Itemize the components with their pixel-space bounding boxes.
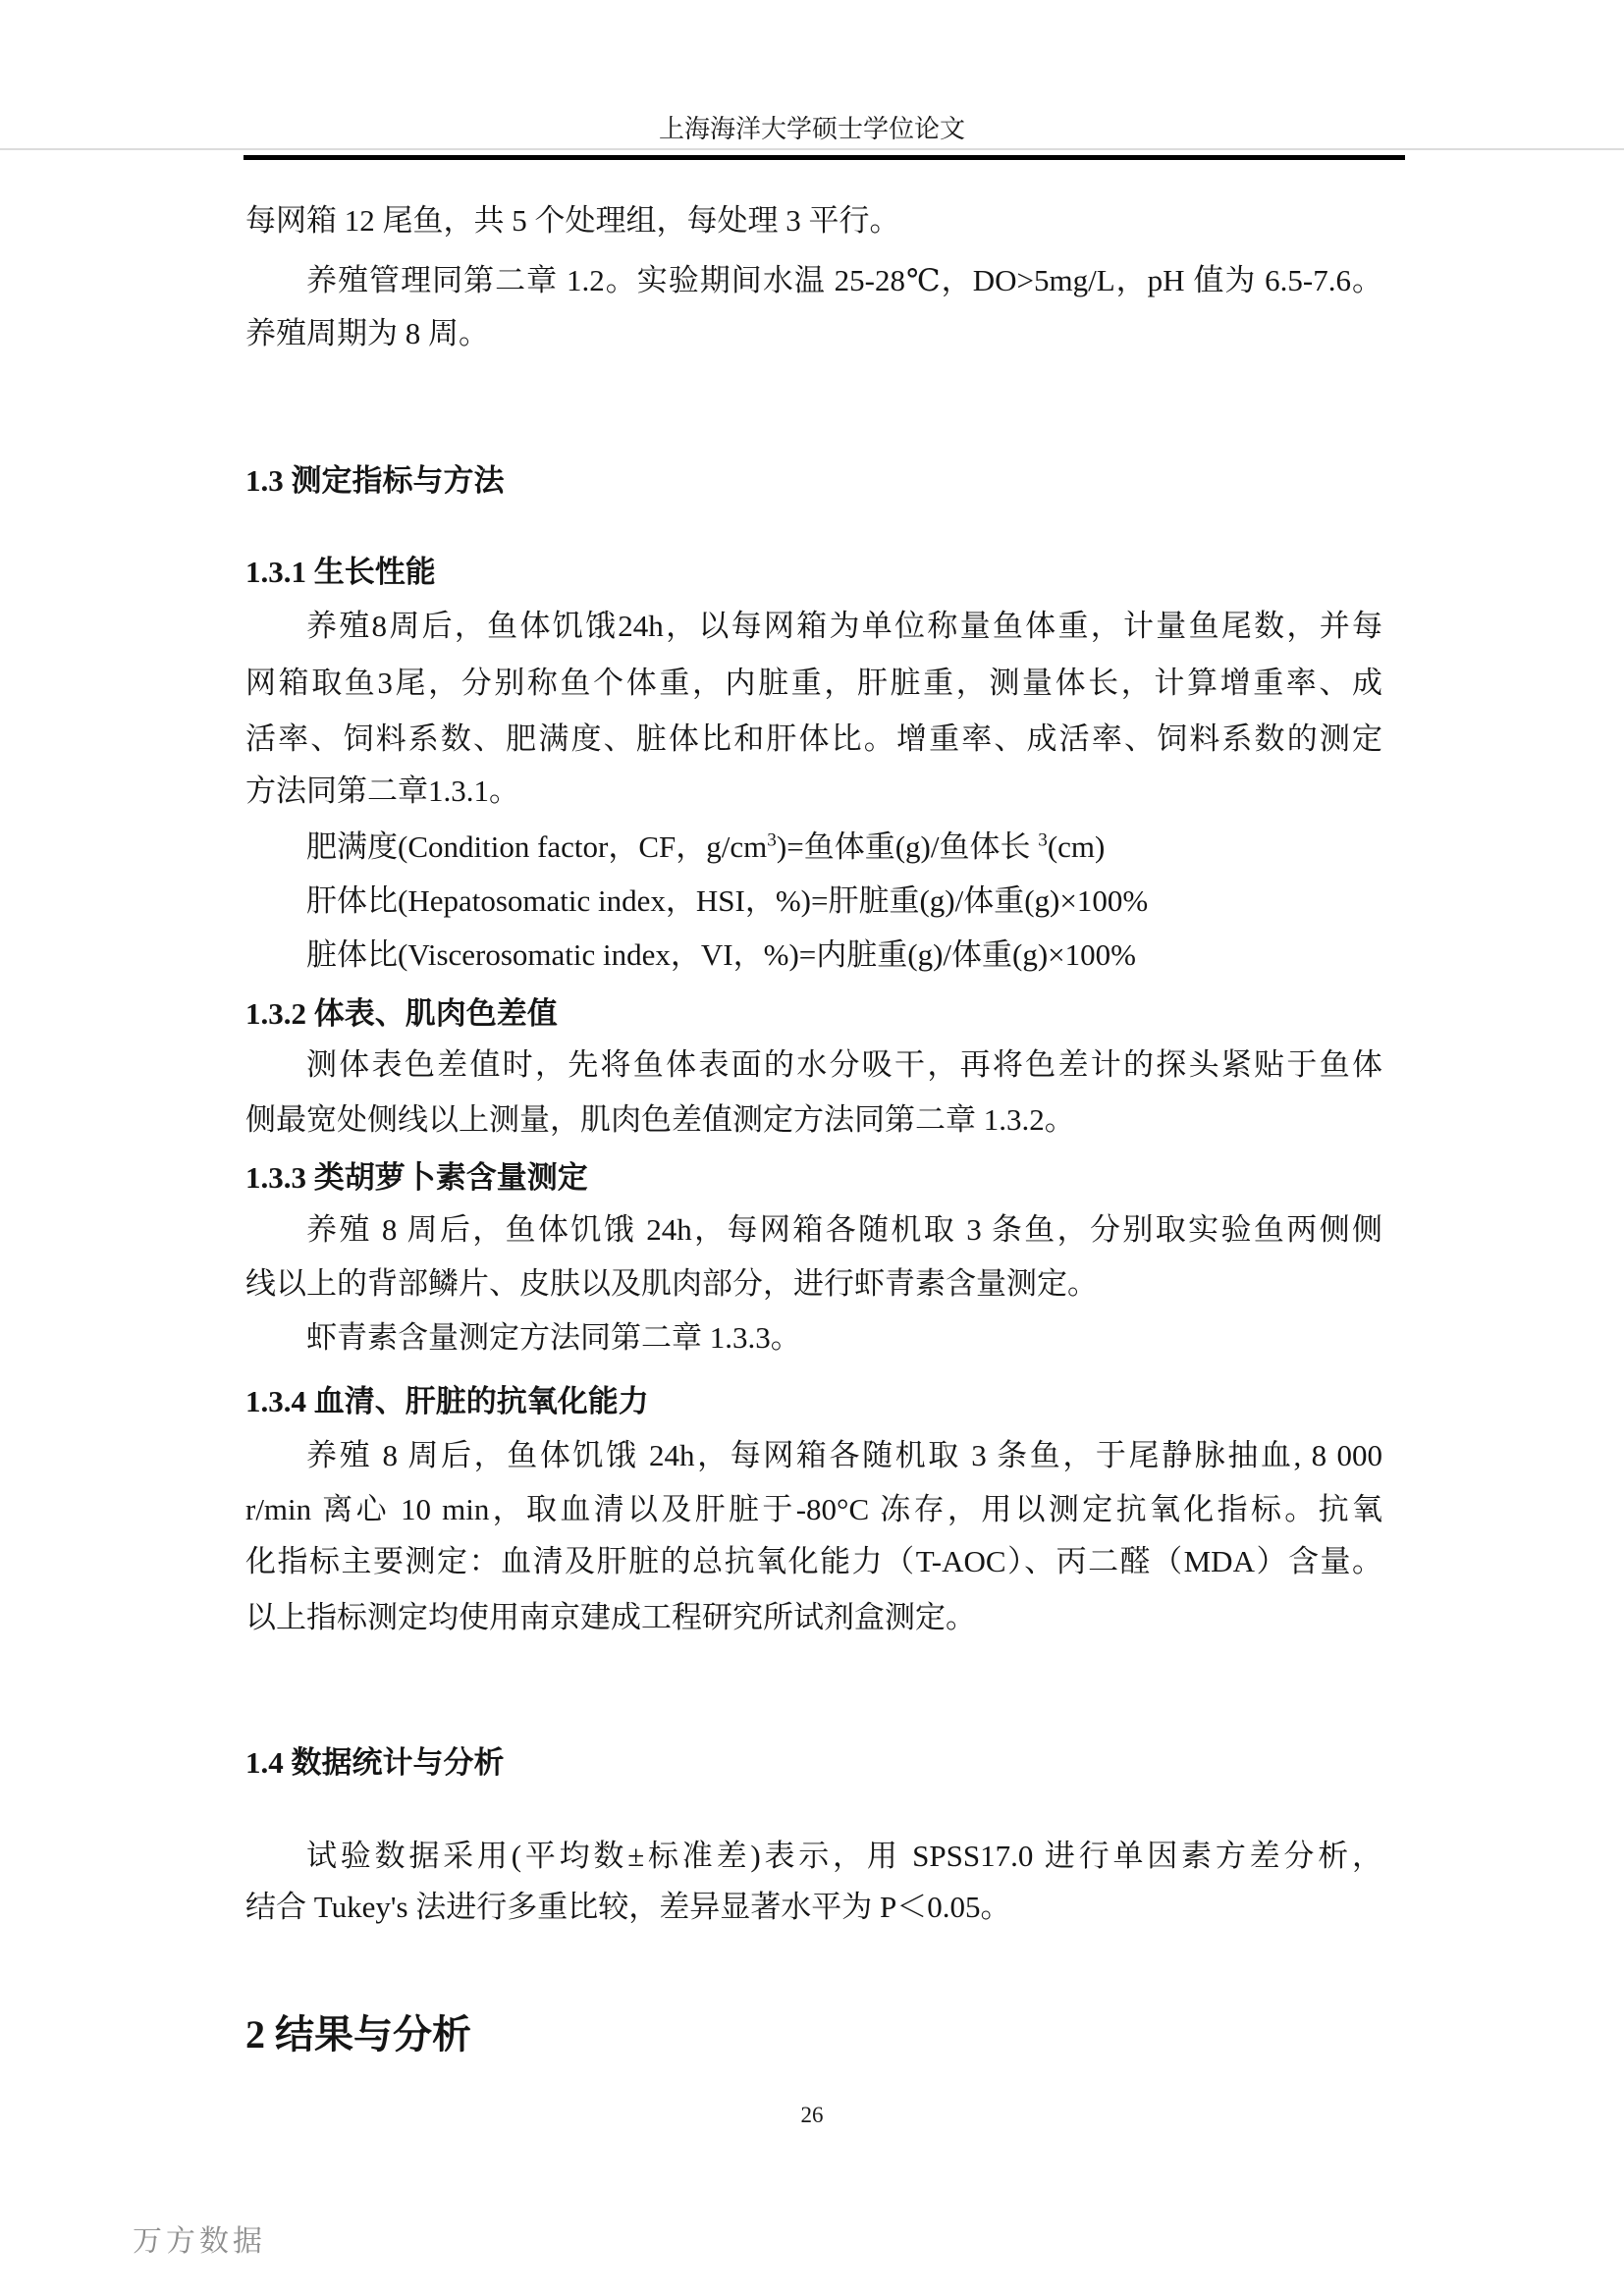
body-line: 养殖 8 周后，鱼体饥饿 24h，每网箱各随机取 3 条鱼，于尾静脉抽血, 8 … xyxy=(245,1428,1382,1482)
section-heading-1-3-3: 1.3.3 类胡萝卜素含量测定 xyxy=(245,1150,1382,1204)
page-number: 26 xyxy=(0,2101,1624,2130)
body-line: 方法同第二章1.3.1。 xyxy=(245,764,1382,818)
body-line: 活率、饲料系数、肥满度、脏体比和肝体比。增重率、成活率、饲料系数的测定 xyxy=(245,712,1382,766)
section-heading-1-4: 1.4 数据统计与分析 xyxy=(245,1735,1382,1789)
formula-text: (cm) xyxy=(1048,829,1106,864)
superscript: 3 xyxy=(1038,830,1048,851)
body-line: 线以上的背部鳞片、皮肤以及肌肉部分，进行虾青素含量测定。 xyxy=(245,1256,1382,1310)
wanfang-watermark: 万方数据 xyxy=(133,2222,266,2262)
header-faint-line xyxy=(0,148,1624,150)
formula-viscerosomatic-index: 脏体比(Viscerosomatic index，VI，%)=内脏重(g)/体重… xyxy=(245,928,1382,982)
body-line: 养殖周期为 8 周。 xyxy=(245,306,1382,360)
body-line: 测体表色差值时，先将鱼体表面的水分吸干，再将色差计的探头紧贴于鱼体 xyxy=(245,1038,1382,1092)
body-line: 虾青素含量测定方法同第二章 1.3.3。 xyxy=(245,1310,1382,1364)
body-line: 养殖管理同第二章 1.2。实验期间水温 25-28℃，DO>5mg/L，pH 值… xyxy=(245,253,1382,307)
section-heading-1-3-2: 1.3.2 体表、肌肉色差值 xyxy=(245,987,1382,1041)
formula-text: 肥满度(Condition factor，CF，g/cm xyxy=(306,829,767,864)
body-line: 化指标主要测定：血清及肝脏的总抗氧化能力（T-AOC）、丙二醛（MDA）含量。 xyxy=(245,1534,1382,1588)
section-heading-1-3-1: 1.3.1 生长性能 xyxy=(245,545,1382,599)
body-line: 养殖8周后，鱼体饥饿24h，以每网箱为单位称量鱼体重，计量鱼尾数，并每 xyxy=(245,599,1382,653)
formula-condition-factor: 肥满度(Condition factor，CF，g/cm3)=鱼体重(g)/鱼体… xyxy=(245,820,1382,874)
section-heading-1-3: 1.3 测定指标与方法 xyxy=(245,454,1382,507)
header-rule xyxy=(244,155,1405,160)
chapter-heading-2: 2 结果与分析 xyxy=(245,2007,1382,2062)
body-line: 试验数据采用(平均数±标准差)表示，用 SPSS17.0 进行单因素方差分析， xyxy=(245,1829,1382,1883)
thesis-page: 上海海洋大学硕士学位论文 每网箱 12 尾鱼，共 5 个处理组，每处理 3 平行… xyxy=(0,0,1624,2296)
body-line: 每网箱 12 尾鱼，共 5 个处理组，每处理 3 平行。 xyxy=(245,193,1382,247)
body-line: 结合 Tukey's 法进行多重比较，差异显著水平为 P＜0.05。 xyxy=(245,1880,1382,1934)
superscript: 3 xyxy=(767,830,777,851)
body-line: 养殖 8 周后，鱼体饥饿 24h，每网箱各随机取 3 条鱼，分别取实验鱼两侧侧 xyxy=(245,1202,1382,1256)
section-heading-1-3-4: 1.3.4 血清、肝脏的抗氧化能力 xyxy=(245,1374,1382,1428)
formula-hepatosomatic-index: 肝体比(Hepatosomatic index，HSI，%)=肝脏重(g)/体重… xyxy=(245,874,1382,928)
running-header-title: 上海海洋大学硕士学位论文 xyxy=(0,110,1624,149)
body-line: 以上指标测定均使用南京建成工程研究所试剂盒测定。 xyxy=(245,1590,1382,1644)
body-line: 侧最宽处侧线以上测量，肌肉色差值测定方法同第二章 1.3.2。 xyxy=(245,1093,1382,1147)
body-line: 网箱取鱼3尾，分别称鱼个体重，内脏重，肝脏重，测量体长，计算增重率、成 xyxy=(245,656,1382,710)
formula-text: )=鱼体重(g)/鱼体长 xyxy=(777,829,1038,864)
body-line: r/min 离心 10 min，取血清以及肝脏于-80°C 冻存，用以测定抗氧化… xyxy=(245,1482,1382,1536)
